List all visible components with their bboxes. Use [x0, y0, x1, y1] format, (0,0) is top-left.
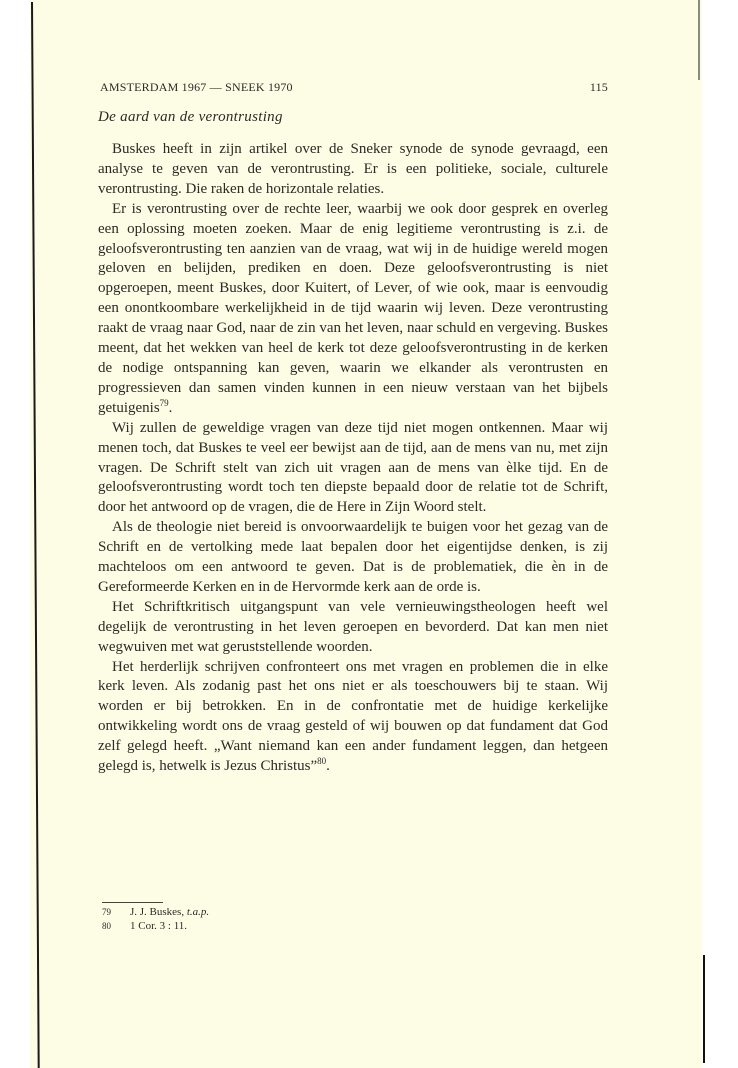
- footnote-ref: 79: [160, 398, 169, 408]
- paragraph: Er is verontrusting over de rechte leer,…: [98, 200, 608, 419]
- footnote: 80 1 Cor. 3 : 11.: [102, 920, 209, 934]
- footnote-number: 80: [102, 920, 130, 934]
- footnote-text-italic: t.a.p.: [187, 906, 209, 918]
- footnote: 79 J. J. Buskes, t.a.p.: [102, 906, 209, 920]
- paragraph-text-after: .: [169, 400, 173, 416]
- paragraph: Wij zullen de geweldige vragen van deze …: [98, 419, 608, 519]
- paragraph: Het Schriftkritisch uitgangspunt van vel…: [98, 598, 608, 658]
- paragraph: Buskes heeft in zijn artikel over de Sne…: [98, 140, 608, 200]
- footnote-divider: [102, 902, 163, 903]
- paragraph-text: Het herderlijk schrijven confronteert on…: [98, 659, 608, 775]
- paragraph-text: Het Schriftkritisch uitgangspunt van vel…: [98, 599, 608, 655]
- footnote-text: J. J. Buskes, t.a.p.: [130, 906, 209, 920]
- footnote-text-main: J. J. Buskes,: [130, 906, 187, 918]
- paragraph-text-after: .: [326, 758, 330, 774]
- paragraph-text: Wij zullen de geweldige vragen van deze …: [98, 420, 608, 516]
- section-heading: De aard van de verontrusting: [98, 109, 283, 126]
- paragraph: Als de theologie niet bereid is onvoorwa…: [98, 518, 608, 598]
- paragraph-text: Er is verontrusting over de rechte leer,…: [98, 201, 608, 416]
- footnotes: 79 J. J. Buskes, t.a.p. 80 1 Cor. 3 : 11…: [102, 906, 209, 933]
- paragraph: Het herderlijk schrijven confronteert on…: [98, 658, 608, 777]
- running-head: AMSTERDAM 1967 — SNEEK 1970 115: [100, 80, 608, 98]
- footnote-text-main: 1 Cor. 3 : 11.: [130, 920, 187, 932]
- footnote-ref: 80: [317, 756, 326, 766]
- running-head-title: AMSTERDAM 1967 — SNEEK 1970: [100, 80, 293, 95]
- footnote-number: 79: [102, 906, 130, 920]
- page-right-edge-top: [698, 0, 700, 80]
- body-text: Buskes heeft in zijn artikel over de Sne…: [98, 140, 608, 777]
- footnote-text: 1 Cor. 3 : 11.: [130, 920, 187, 934]
- paragraph-text: Als de theologie niet bereid is onvoorwa…: [98, 519, 608, 595]
- page-right-edge-bottom: [703, 955, 705, 1063]
- paragraph-text: Buskes heeft in zijn artikel over de Sne…: [98, 141, 608, 197]
- page-number: 115: [590, 80, 608, 95]
